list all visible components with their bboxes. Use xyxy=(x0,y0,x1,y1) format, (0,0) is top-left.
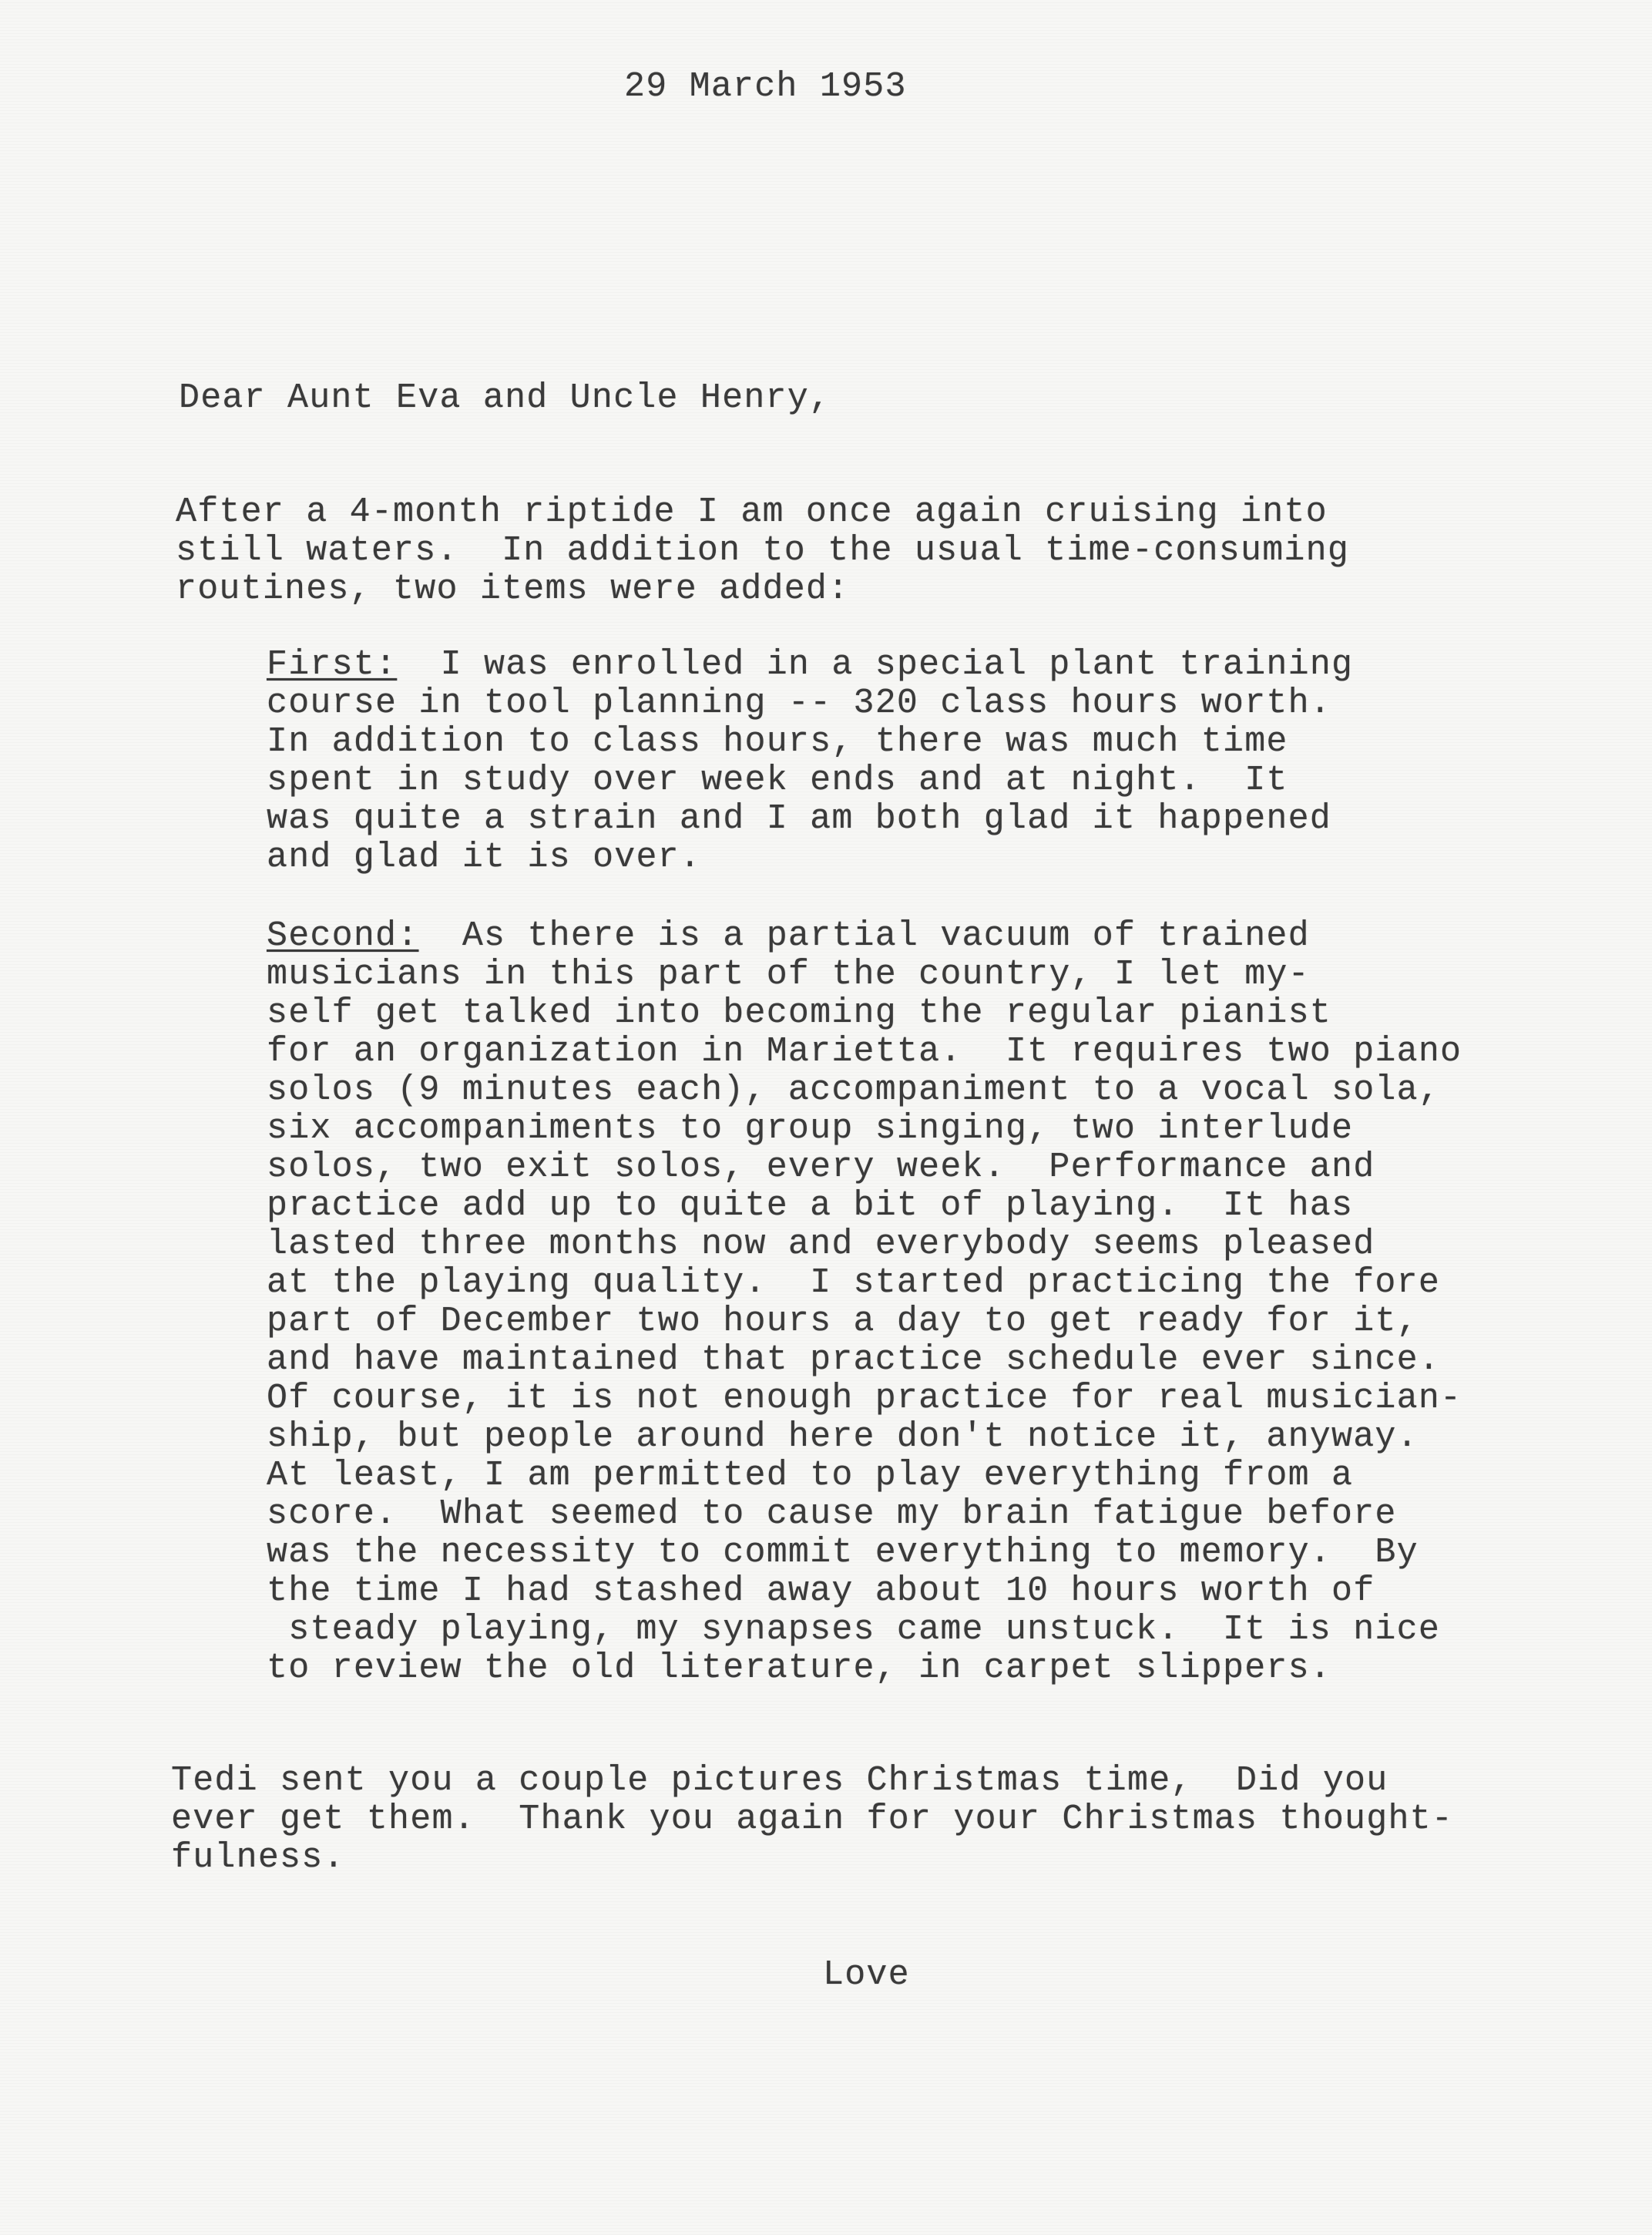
second-line: self get talked into becoming the regula… xyxy=(267,994,1331,1033)
second-line: for an organization in Marietta. It requ… xyxy=(267,1033,1462,1071)
salutation: Dear Aunt Eva and Uncle Henry, xyxy=(179,379,831,418)
intro-line: still waters. In addition to the usual t… xyxy=(176,532,1349,570)
closing-line: Tedi sent you a couple pictures Christma… xyxy=(171,1762,1388,1800)
second-line: six accompaniments to group singing, two… xyxy=(267,1110,1353,1148)
letter-date: 29 March 1953 xyxy=(624,68,907,106)
valediction: Love xyxy=(823,1956,910,1995)
second-line: As there is a partial vacuum of trained xyxy=(418,916,1309,956)
first-line: In addition to class hours, there was mu… xyxy=(267,723,1288,761)
second-line: practice add up to quite a bit of playin… xyxy=(267,1187,1353,1225)
second-line: ship, but people around here don't notic… xyxy=(267,1418,1419,1457)
second-line: the time I had stashed away about 10 hou… xyxy=(267,1572,1375,1611)
second-line: musicians in this part of the country, I… xyxy=(267,956,1310,994)
intro-line: routines, two items were added: xyxy=(176,570,849,609)
second-label: Second: xyxy=(267,916,418,956)
second-line: solos, two exit solos, every week. Perfo… xyxy=(267,1148,1375,1187)
closing-line: fulness. xyxy=(171,1839,345,1877)
second-line: lasted three months now and everybody se… xyxy=(267,1225,1375,1264)
first-line: I was enrolled in a special plant traini… xyxy=(397,645,1353,684)
first-line: spent in study over week ends and at nig… xyxy=(267,761,1288,800)
second-line: at the playing quality. I started practi… xyxy=(267,1264,1440,1302)
first-line: course in tool planning -- 320 class hou… xyxy=(267,684,1331,723)
first-line: was quite a strain and I am both glad it… xyxy=(267,800,1331,839)
second-line: At least, I am permitted to play everyth… xyxy=(267,1457,1353,1495)
second-line: steady playing, my synapses came unstuck… xyxy=(267,1611,1440,1649)
second-line: solos (9 minutes each), accompaniment to… xyxy=(267,1071,1440,1110)
second-line: score. What seemed to cause my brain fat… xyxy=(267,1495,1397,1534)
second-line: part of December two hours a day to get … xyxy=(267,1302,1419,1341)
letter-page: 29 March 1953 Dear Aunt Eva and Uncle He… xyxy=(0,0,1652,2235)
second-line: was the necessity to commit everything t… xyxy=(267,1534,1419,1572)
closing-line: ever get them. Thank you again for your … xyxy=(171,1800,1453,1839)
second-line: Of course, it is not enough practice for… xyxy=(267,1380,1462,1418)
first-label: First: xyxy=(267,645,397,684)
second-line: to review the old literature, in carpet … xyxy=(267,1649,1331,1688)
second-line: and have maintained that practice schedu… xyxy=(267,1341,1440,1380)
first-line: and glad it is over. xyxy=(267,839,701,877)
intro-line: After a 4-month riptide I am once again … xyxy=(176,493,1328,532)
